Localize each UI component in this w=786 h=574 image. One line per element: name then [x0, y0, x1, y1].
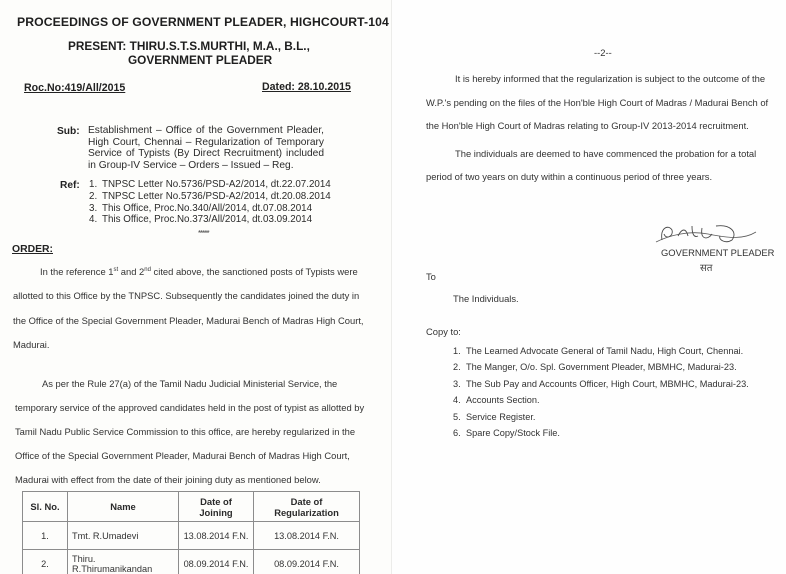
reference-label: Ref: — [60, 180, 80, 191]
document-page-2 — [392, 0, 786, 574]
joining-date-cell: 13.08.2014 F.N. — [179, 522, 254, 550]
roc-number: Roc.No:419/All/2015 — [24, 82, 125, 94]
reference-list: 1.TNPSC Letter No.5736/PSD-A2/2014, dt.2… — [89, 179, 331, 226]
order-paragraph-2-line: Madurai with effect from the date of the… — [15, 474, 321, 485]
name-cell: Thiru. R.Thirumanikandan — [68, 550, 179, 574]
column-header: Date of Regularization — [254, 492, 360, 522]
reference-item: 4.This Office, Proc.No.373/All/2014, dt.… — [89, 214, 331, 226]
order-paragraph-1-line: the Office of the Special Government Ple… — [13, 315, 364, 326]
page-number: --2-- — [594, 47, 612, 58]
section-separator: ***** — [198, 229, 209, 238]
to-recipient: The Individuals. — [453, 293, 519, 304]
officer-designation: GOVERNMENT PLEADER — [128, 53, 272, 67]
signature — [638, 222, 758, 246]
regularization-table: Sl. No. Name Date of Joining Date of Reg… — [22, 491, 360, 574]
subject-text: Establishment – Office of the Government… — [88, 125, 324, 171]
joining-date-cell: 08.09.2014 F.N. — [179, 550, 254, 574]
reference-item: 1.TNPSC Letter No.5736/PSD-A2/2014, dt.2… — [89, 179, 331, 191]
page-divider — [391, 0, 392, 574]
copy-to-label: Copy to: — [426, 326, 461, 337]
order-paragraph-1-line: Madurai. — [13, 339, 49, 350]
copy-to-list: 1.The Learned Advocate General of Tamil … — [453, 343, 749, 441]
order-paragraph-2-line: Tamil Nadu Public Service Commission to … — [15, 426, 355, 437]
initials-mark: सत — [700, 260, 712, 274]
order-paragraph-2-line: temporary service of the approved candid… — [15, 402, 364, 413]
copy-to-item: 5.Service Register. — [453, 409, 749, 425]
document-title: PROCEEDINGS OF GOVERNMENT PLEADER, HIGHC… — [17, 15, 389, 29]
page2-paragraph-1-line: It is hereby informed that the regulariz… — [455, 73, 765, 84]
reference-item: 2.TNPSC Letter No.5736/PSD-A2/2014, dt.2… — [89, 191, 331, 203]
table-row: 2. Thiru. R.Thirumanikandan 08.09.2014 F… — [23, 550, 360, 574]
table-header-row: Sl. No. Name Date of Joining Date of Reg… — [23, 492, 360, 522]
table-row: 1. Tmt. R.Umadevi 13.08.2014 F.N. 13.08.… — [23, 522, 360, 550]
column-header: Sl. No. — [23, 492, 68, 522]
copy-to-item: 3.The Sub Pay and Accounts Officer, High… — [453, 376, 749, 392]
page2-paragraph-1-line: W.P.'s pending on the files of the Hon'b… — [426, 97, 768, 108]
name-cell: Tmt. R.Umadevi — [68, 522, 179, 550]
copy-to-item: 1.The Learned Advocate General of Tamil … — [453, 343, 749, 359]
page2-paragraph-2-line: period of two years on duty within a con… — [426, 171, 712, 182]
regularization-date-cell: 08.09.2014 F.N. — [254, 550, 360, 574]
regularization-date-cell: 13.08.2014 F.N. — [254, 522, 360, 550]
copy-to-item: 2.The Manger, O/o. Spl. Government Plead… — [453, 359, 749, 375]
copy-to-item: 4.Accounts Section. — [453, 392, 749, 408]
serial-cell: 2. — [23, 550, 68, 574]
serial-cell: 1. — [23, 522, 68, 550]
order-paragraph-2-line: Office of the Special Government Pleader… — [15, 450, 350, 461]
column-header: Name — [68, 492, 179, 522]
copy-to-item: 6.Spare Copy/Stock File. — [453, 425, 749, 441]
reference-item: 3.This Office, Proc.No.340/All/2014, dt.… — [89, 203, 331, 215]
order-paragraph-1-line: allotted to this Office by the TNPSC. Su… — [13, 290, 359, 301]
order-paragraph-2-line: As per the Rule 27(a) of the Tamil Nadu … — [42, 378, 337, 389]
column-header: Date of Joining — [179, 492, 254, 522]
subject-label: Sub: — [57, 126, 80, 137]
to-label: To — [426, 271, 436, 282]
order-paragraph-1-line: In the reference 1st and 2nd cited above… — [40, 266, 358, 277]
signatory-designation: GOVERNMENT PLEADER — [661, 247, 774, 258]
page2-paragraph-1-line: the Hon'ble High Court of Madras relatin… — [426, 120, 749, 131]
order-heading: ORDER: — [12, 244, 53, 255]
page2-paragraph-2-line: The individuals are deemed to have comme… — [455, 148, 756, 159]
present-officer: PRESENT: THIRU.S.T.S.MURTHI, M.A., B.L., — [68, 39, 310, 53]
order-date: Dated: 28.10.2015 — [262, 81, 351, 93]
